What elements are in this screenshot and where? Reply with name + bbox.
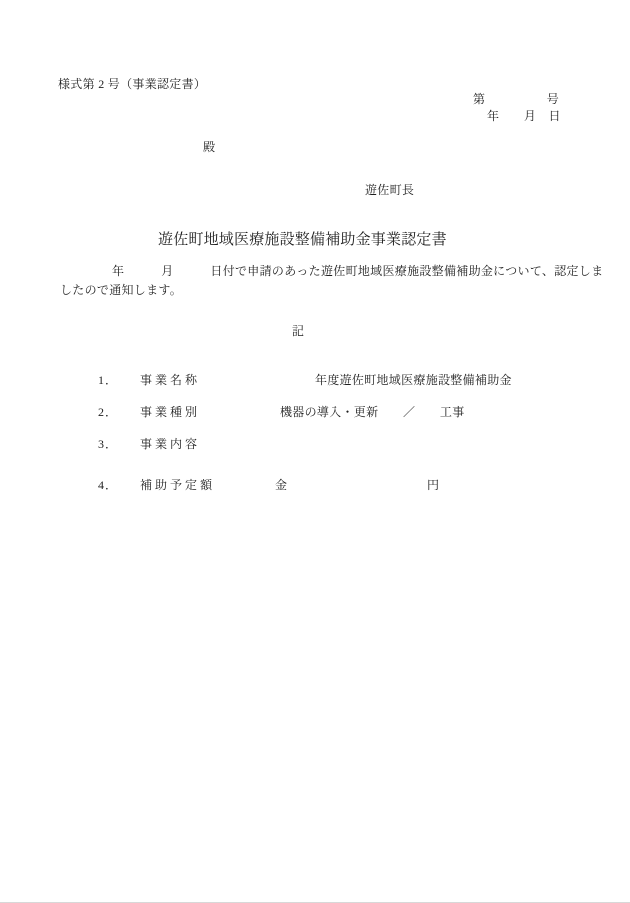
body-line-2: したので通知します。 [60,283,182,297]
sender-title: 遊佐町長 [365,183,414,197]
item-1-number: 1． [98,373,118,387]
document-page: 様式第 2 号（事業認定書） 第 号 年 月 日 殿 遊佐町長 遊佐町地域医療施… [0,0,630,903]
date-line: 年 月 日 [487,109,561,123]
item-1-label: 事業名称 [140,373,200,387]
addressee-suffix: 殿 [203,140,215,154]
item-3-number: 3． [98,437,118,451]
item-1-value: 年度遊佐町地域医療施設整備補助金 [315,373,512,387]
item-4-amount-suffix: 円 [427,478,439,492]
item-4-number: 4． [98,478,118,492]
document-title: 遊佐町地域医療施設整備補助金事業認定書 [158,231,447,249]
item-2-value: 機器の導入・更新 ／ 工事 [280,405,465,419]
item-4-label: 補助予定額 [140,478,215,492]
item-2-label: 事業種別 [140,405,200,419]
item-4-amount-prefix: 金 [275,478,287,492]
ki-marker: 記 [292,324,304,338]
item-2-number: 2． [98,405,118,419]
body-line-1: 年 月 日付で申請のあった遊佐町地域医療施設整備補助金について、認定しま [112,264,603,278]
doc-number-line: 第 号 [473,92,559,106]
item-3-label: 事業内容 [140,437,200,451]
form-number: 様式第 2 号（事業認定書） [58,77,206,91]
